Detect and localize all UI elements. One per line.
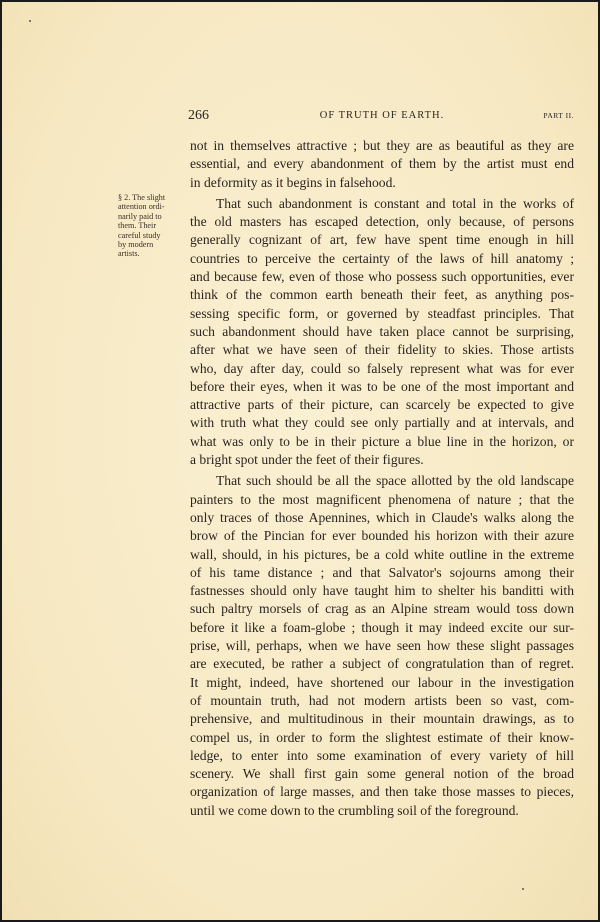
text-line: It might, indeed, have shortened our lab… (190, 674, 574, 692)
text-line: such paltry morsels of crag as an Alpine… (190, 600, 574, 618)
sidenote-line: § 2. The slight (118, 193, 186, 202)
text-line: think of the common earth beneath their … (190, 286, 574, 304)
sidenote-line: attention ordi- (118, 202, 186, 211)
text-line: scenery. We shall first gain some genera… (190, 765, 574, 783)
text-line: with truth what they could see only part… (190, 414, 574, 432)
text-line: after what we have seen of their fidelit… (190, 341, 574, 359)
book-page: 266 OF TRUTH OF EARTH. PART II. § 2. The… (2, 2, 598, 920)
text-line: That such abandonment is constant and to… (190, 195, 574, 213)
text-line: brow of the Pincian for ever bounded his… (190, 527, 574, 545)
body-text: not in themselves attractive ; but they … (190, 137, 574, 820)
text-line: the old masters has escaped detection, o… (190, 213, 574, 231)
text-line: ledge, to enter into some examination of… (190, 747, 574, 765)
text-line: countries to perceive the certainty of t… (190, 250, 574, 268)
text-line: a bright spot under the feet of their fi… (190, 451, 574, 469)
text-line: not in themselves attractive ; but they … (190, 137, 574, 155)
running-head: 266 OF TRUTH OF EARTH. PART II. (188, 108, 576, 126)
text-line: only traces of those Apennines, which in… (190, 509, 574, 527)
sidenote-line: them. Their (118, 221, 186, 230)
sidenote-line: by modern (118, 240, 186, 249)
paragraph-2: That such abandonment is constant and to… (190, 195, 574, 469)
text-line: compel us, in order to form the slightes… (190, 729, 574, 747)
sidenote-line: narily paid to (118, 212, 186, 221)
text-line: fastnesses should only have taught him t… (190, 582, 574, 600)
text-line: attractive parts of their picture, can s… (190, 396, 574, 414)
text-line: of his tame distance ; and that Salvator… (190, 564, 574, 582)
page-speck (522, 888, 524, 890)
text-line: That such should be all the space allott… (190, 472, 574, 490)
paragraph-1: not in themselves attractive ; but they … (190, 137, 574, 192)
text-line: organization of large masses, and then t… (190, 783, 574, 801)
sidenote-line: artists. (118, 249, 186, 258)
text-line: of mountain truth, had not modern artist… (190, 692, 574, 710)
sidenote-line: careful study (118, 231, 186, 240)
text-line: in deformity as it begins in falsehood. (190, 174, 574, 192)
text-line: are executed, be rather a subject of con… (190, 655, 574, 673)
paragraph-3: That such should be all the space allott… (190, 472, 574, 820)
text-line: what was only to be in their picture a b… (190, 433, 574, 451)
chapter-title: OF TRUTH OF EARTH. (188, 110, 576, 121)
text-line: sessing specific form, or governed by st… (190, 305, 574, 323)
text-line: before it like a foam-globe ; though it … (190, 619, 574, 637)
part-label: PART II. (543, 111, 574, 120)
page-speck (29, 20, 31, 22)
text-line: until we come down to the crumbling soil… (190, 802, 574, 820)
text-line: essential, and every abandonment of them… (190, 155, 574, 173)
text-line: before their eyes, when it was to be one… (190, 378, 574, 396)
text-line: generally cognizant of art, few have spe… (190, 231, 574, 249)
marginal-sidenote: § 2. The slight attention ordi- narily p… (118, 193, 186, 259)
text-line: such abandonment should have taken place… (190, 323, 574, 341)
text-line: prehensive, and multitudinous in their m… (190, 710, 574, 728)
text-line: prise, will, perhaps, when we have seen … (190, 637, 574, 655)
text-line: who, day after day, could so falsely rep… (190, 360, 574, 378)
text-line: painters to the most magnificent phenome… (190, 491, 574, 509)
text-line: and because few, even of those who posse… (190, 268, 574, 286)
text-line: wall, should, in his pictures, be a cold… (190, 546, 574, 564)
